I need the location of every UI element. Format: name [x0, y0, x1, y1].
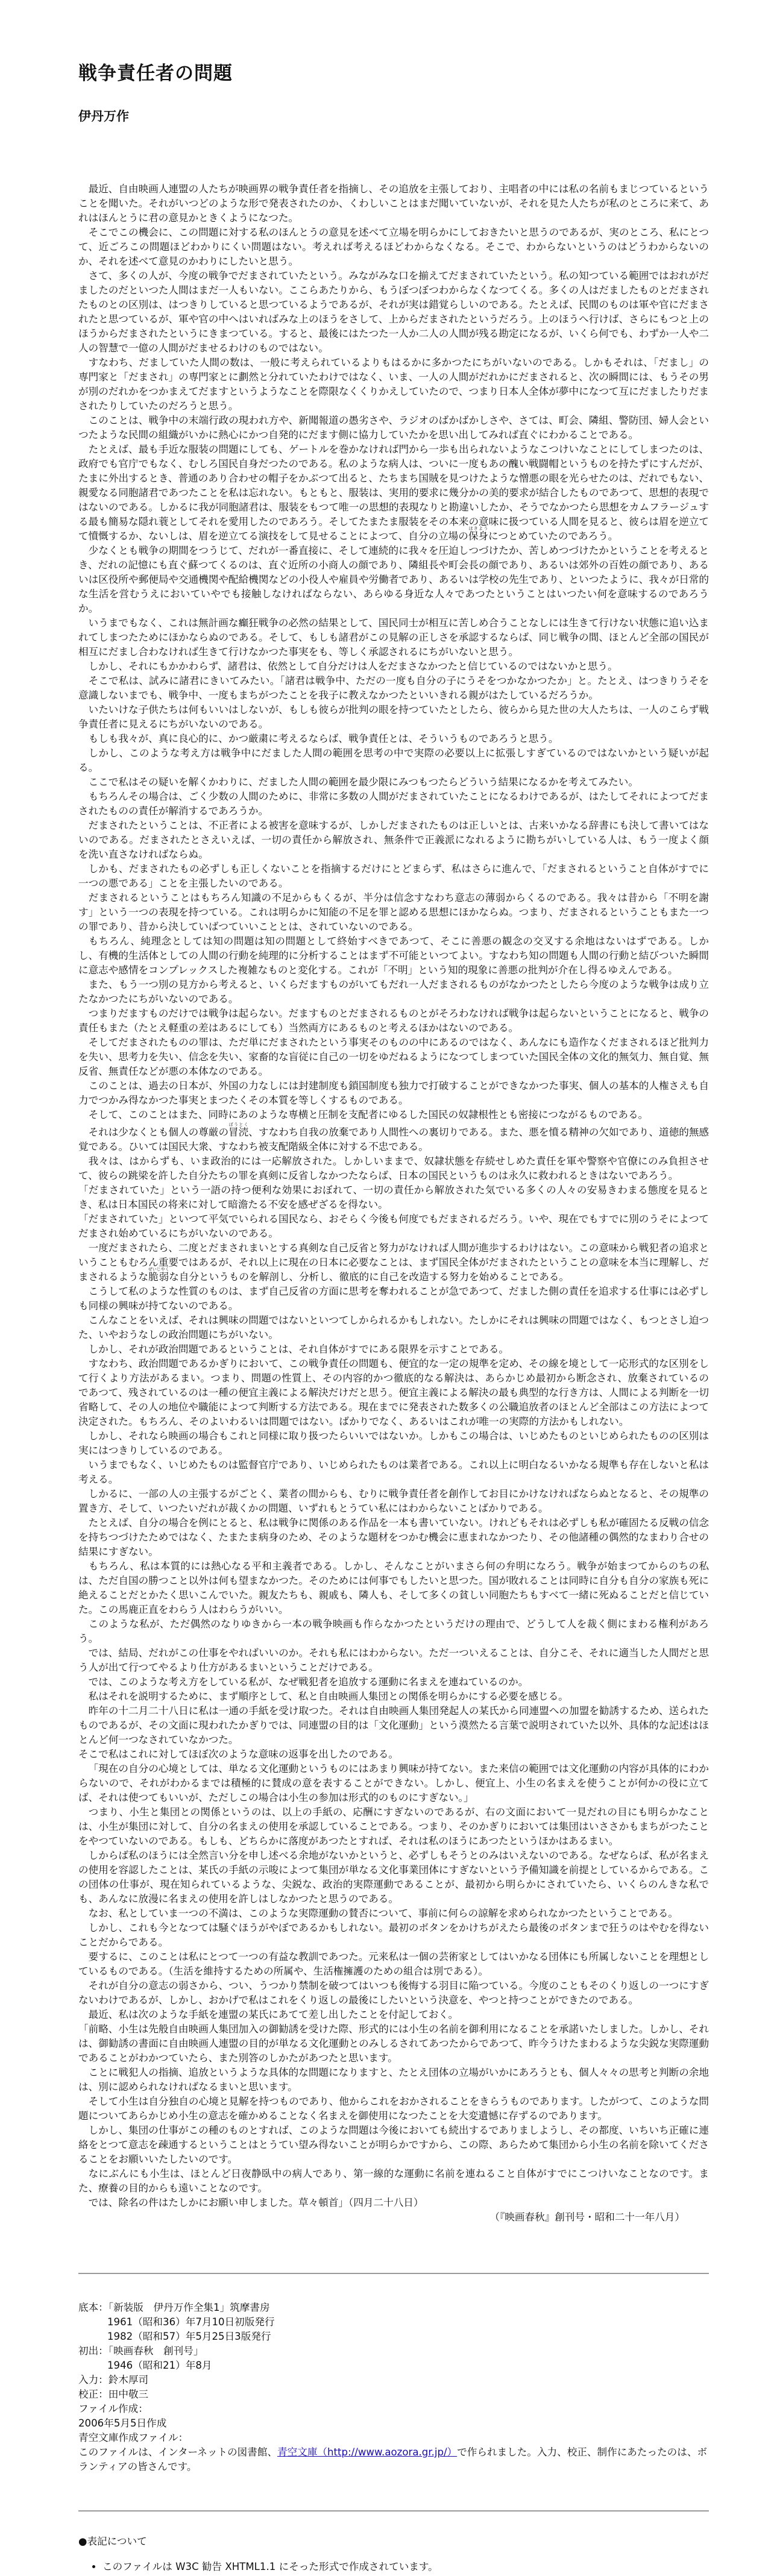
paragraph: では、結局、だれがこの仕事をやればいいのか。それも私にはわからない。ただ一ついえ…: [78, 1646, 709, 1675]
paragraph: つまりだますものだけでは戦争は起らない。だますものとだまされるものとがそろわなけ…: [78, 1007, 709, 1035]
paragraph: いたいけな子供たちは何もいいはしないが、もしも彼らが批判の眼を持つていたとしたら…: [78, 703, 709, 732]
paragraph: しからば私のほうには全然言い分を申し述べる余地がないかというと、必ずしもそうとの…: [78, 1849, 709, 1906]
paragraph: しかし、それにもかかわらず、諸君は、依然として自分だけは人をだまさなかつたと信じ…: [78, 659, 709, 674]
paragraph: ここで私はその疑いを解くかわりに、だました人間の範囲を最少限にみつもつたらどうい…: [78, 775, 709, 790]
paragraph: もちろんその場合は、ごく少数の人間のために、非常に多数の人間がだまされていたこと…: [78, 790, 709, 818]
paragraph: もちろん、私は本質的には熱心なる平和主義者である。しかし、そんなことがいまさら何…: [78, 1559, 709, 1617]
paragraph: また、もう一つ別の見方から考えると、いくらだますものがいてもだれ一人だまされるも…: [78, 978, 709, 1007]
paragraph: 「現在の自分の心境としては、単なる文化運動というものにはあまり興味が持てない。ま…: [78, 1762, 709, 1805]
paragraph: 我々は、はからずも、いま政治的には一応解放された。しかしいままで、奴隷状態を存続…: [78, 1154, 709, 1183]
paragraph: 一度だまされたら、二度とだまされまいとする真剣な自己反省と努力がなければ人間が進…: [78, 1241, 709, 1284]
ruby-annotation: 冒涜ぼうとく: [228, 1126, 248, 1138]
document-author: 伊丹万作: [78, 107, 709, 125]
bibliographical-line: 1961（昭和36）年7月10日初版発行: [78, 2315, 709, 2329]
paragraph: このことは、戦争中の末端行政の現われ方や、新聞報道の愚劣さや、ラジオのばかばかし…: [78, 413, 709, 442]
paragraph: では、このような考え方をしている私が、なぜ戦犯者を追放する運動に名まえを連ねてい…: [78, 1675, 709, 1689]
paragraph: 少なくとも戦争の期間をつうじて、だれが一番直接に、そして連続的に我々を圧迫しつづ…: [78, 544, 709, 616]
bibliographical-line: 1946（昭和21）年8月: [78, 2358, 709, 2373]
credit-line: このファイルは、インターネットの図書館、青空文庫（http://www.aozo…: [78, 2445, 709, 2474]
notation-list: このファイルは W3C 勧告 XHTML1.1 にそった形式で作成されています。: [78, 2560, 709, 2574]
paragraph: そこでこの機会に、この問題に対する私のほんとうの意見を述べて立場を明らかにしてお…: [78, 225, 709, 269]
paragraph: このような私が、ただ偶然のなりゆきから一本の戦争映画も作らなかつたというだけの理…: [78, 1617, 709, 1646]
notation-notes: ●表記について このファイルは W3C 勧告 XHTML1.1 にそった形式で作…: [78, 2534, 709, 2574]
paragraph: こんなことをいえば、それは興味の問題ではないといつてしかられるかもしれない。たし…: [78, 1313, 709, 1342]
bibliographical-line: 1982（昭和57）年5月25日3版発行: [78, 2329, 709, 2344]
paragraph: 要するに、このことは私にとつて一つの有益な教訓であつた。元来私は一個の芸術家とし…: [78, 1950, 709, 1979]
paragraph: 「だまされていた」という一語の持つ便利な効果におぼれて、一切の責任から解放された…: [78, 1183, 709, 1212]
bibliographical-line: 底本：「新装版 伊丹万作全集1」筑摩書房: [78, 2301, 709, 2315]
paragraph: もしも我々が、真に良心的に、かつ厳粛に考えるならば、戦争責任とは、そういうもので…: [78, 732, 709, 746]
bibliographical-line: 初出：「映画春秋 創刊号」: [78, 2344, 709, 2358]
divider: [78, 2273, 709, 2274]
bibliographical-line: 2006年5月5日作成: [78, 2416, 709, 2431]
paragraph: いうまでもなく、いじめたものは監督官庁であり、いじめられたものは業者である。これ…: [78, 1458, 709, 1487]
paragraph: では、除名の件はたしかにお願い申しました。草々頓首」（四月二十八日）: [78, 2196, 709, 2210]
paragraph: 「だまされていた」といつて平気でいられる国民なら、おそらく今後も何度でもだまされ…: [78, 1212, 709, 1241]
paragraph: 昨年の十二月二十八日に私は一通の手紙を受け取つた。それは自由映画人集団発起人の某…: [78, 1704, 709, 1747]
paragraph: 私はそれを説明するために、まず順序として、私と自由映画人集団との関係を明らかにす…: [78, 1689, 709, 1704]
paragraph: しかるに、一部の人の主張するがごとく、業者の間からも、むりに戦争責任者を創作して…: [78, 1487, 709, 1516]
paragraph: こうして私のような性質のものは、まず自己反省の方面に思考を奪われることが急であつ…: [78, 1284, 709, 1313]
paragraph: ことに戦犯人の指摘、追放というような具体的な問題になりますと、たとえ団体の立場が…: [78, 2066, 709, 2094]
paragraph: しかし、それなら映画の場合もこれと同様に取り扱つたらいいではないか。しかもこの場…: [78, 1429, 709, 1458]
bibliographical-line: 校正：田中敬三: [78, 2387, 709, 2402]
aozora-link[interactable]: 青空文庫（http://www.aozora.gr.jp/）: [277, 2446, 457, 2458]
ruby-annotation: 保身ほきよう: [468, 530, 488, 542]
paragraph: それは少なくとも個人の尊厳の冒涜ぼうとく、すなわち自我の放棄であり人間性への裏切…: [78, 1122, 709, 1154]
paragraph: たとえば、最も手近な服装の問題にしても、ゲートルを巻かなければ門から一歩も出られ…: [78, 442, 709, 544]
bibliographical-line: ファイル作成：: [78, 2402, 709, 2416]
paragraph: さて、多くの人が、今度の戦争でだまされていたという。みながみな口を揃えてだまされ…: [78, 269, 709, 356]
paragraph: しかし、それが政治問題であるということは、それ自体がすでにある限界を示すことであ…: [78, 1342, 709, 1357]
paragraph: しかし、このような考え方は戦争中にだました人間の範囲を思考の中で実際の必要以上に…: [78, 746, 709, 775]
ruby-annotation: 脆弱ぜいじやく: [148, 1271, 169, 1283]
paragraph: 最近、私は次のような手紙を連盟の某氏にあてて差し出したことを付記しておく。: [78, 2008, 709, 2022]
paragraph: そして、このことはまた、同時にあのような専横と圧制を支配者にゆるした国民の奴隷根…: [78, 1108, 709, 1122]
paragraph: いうまでもなく、これは無計画な癲狂戦争の必然の結果として、国民同士が相互に苦しめ…: [78, 616, 709, 659]
notation-heading: ●表記について: [78, 2534, 709, 2549]
paragraph: 最近、自由映画人連盟の人たちが映画界の戦争責任者を指摘し、その追放を主張しており…: [78, 182, 709, 225]
paragraph: このことは、過去の日本が、外国の力なしには封建制度も鎖国制度も独力で打破すること…: [78, 1079, 709, 1108]
source-note: （『映画春秋』創刊号・昭和二十一年八月）: [78, 2210, 709, 2225]
document-title: 戦争責任者の問題: [78, 60, 709, 87]
notation-item: このファイルは W3C 勧告 XHTML1.1 にそった形式で作成されています。: [102, 2560, 709, 2574]
paragraph: もちろん、純理念としては知の問題は知の問題として終始すべきであつて、そこに善悪の…: [78, 934, 709, 978]
paragraph: なお、私としていま一つの不満は、このような実際運動の賛否について、事前に何らの諒…: [78, 1906, 709, 1921]
paragraph: そこで私はこれに対してほぼ次のような意味の返事を出したのである。: [78, 1747, 709, 1762]
paragraph: すなわち、だましていた人間の数は、一般に考えられているよりもはるかに多かつたにち…: [78, 356, 709, 413]
paragraph: そして小生は自分独自の心境と見解を持つものであり、他からこれをおかされることをき…: [78, 2094, 709, 2123]
paragraph: それが自分の意志の弱さから、つい、うつかり禁制を破つてはいつも後悔する羽目に陥つ…: [78, 1979, 709, 2008]
bibliographical-information: 底本：「新装版 伊丹万作全集1」筑摩書房1961（昭和36）年7月10日初版発行…: [78, 2301, 709, 2474]
paragraph: たとえば、自分の場合を例にとると、私は戦争に関係のある作品を一本も書いていない。…: [78, 1516, 709, 1559]
paragraph: つまり、小生と集団との関係というのは、以上の手紙の、応酬にすぎないのであるが、右…: [78, 1805, 709, 1849]
bibliographical-line: 入力：鈴木厚司: [78, 2373, 709, 2387]
bibliographical-line: 青空文庫作成ファイル：: [78, 2431, 709, 2445]
paragraph: しかし、集団の仕事がこの種のものとすれば、このような問題は今後においても続出する…: [78, 2123, 709, 2167]
paragraph: しかも、だまされたもの必ずしも正しくないことを指摘するだけにとどまらず、私はさら…: [78, 862, 709, 891]
paragraph: すなわち、政治問題であるかぎりにおいて、この戦争責任の問題も、便宜的な一定の規準…: [78, 1357, 709, 1429]
paragraph: だまされるということはもちろん知識の不足からもくるが、半分は信念すなわち意志の薄…: [78, 891, 709, 934]
paragraph: そこで私は、試みに諸君にきいてみたい。「諸君は戦争中、ただの一度も自分の子にうそ…: [78, 674, 709, 703]
paragraph: なにぶんにも小生は、ほとんど日夜静臥中の病人であり、第一線的な運動に名前を連ねる…: [78, 2167, 709, 2196]
paragraph: そしてだまされたものの罪は、ただ単にだまされたという事実そのものの中にあるのでは…: [78, 1035, 709, 1079]
main-text: 最近、自由映画人連盟の人たちが映画界の戦争責任者を指摘し、その追放を主張しており…: [78, 182, 709, 2225]
document-page: 戦争責任者の問題 伊丹万作 最近、自由映画人連盟の人たちが映画界の戦争責任者を指…: [78, 0, 709, 2574]
paragraph: だまされたということは、不正者による被害を意味するが、しかしだまされたものは正し…: [78, 818, 709, 862]
paragraph: 「前略、小生は先般自由映画人集団加入の御勧誘を受けた際、形式的には小生の名前を御…: [78, 2022, 709, 2066]
divider: [78, 2510, 709, 2512]
credit-prefix: このファイルは、インターネットの図書館、: [78, 2446, 277, 2458]
paragraph: しかし、これも今となつては騒ぐほうがやぼであるかもしれない。最初のボタンをかけち…: [78, 1921, 709, 1950]
